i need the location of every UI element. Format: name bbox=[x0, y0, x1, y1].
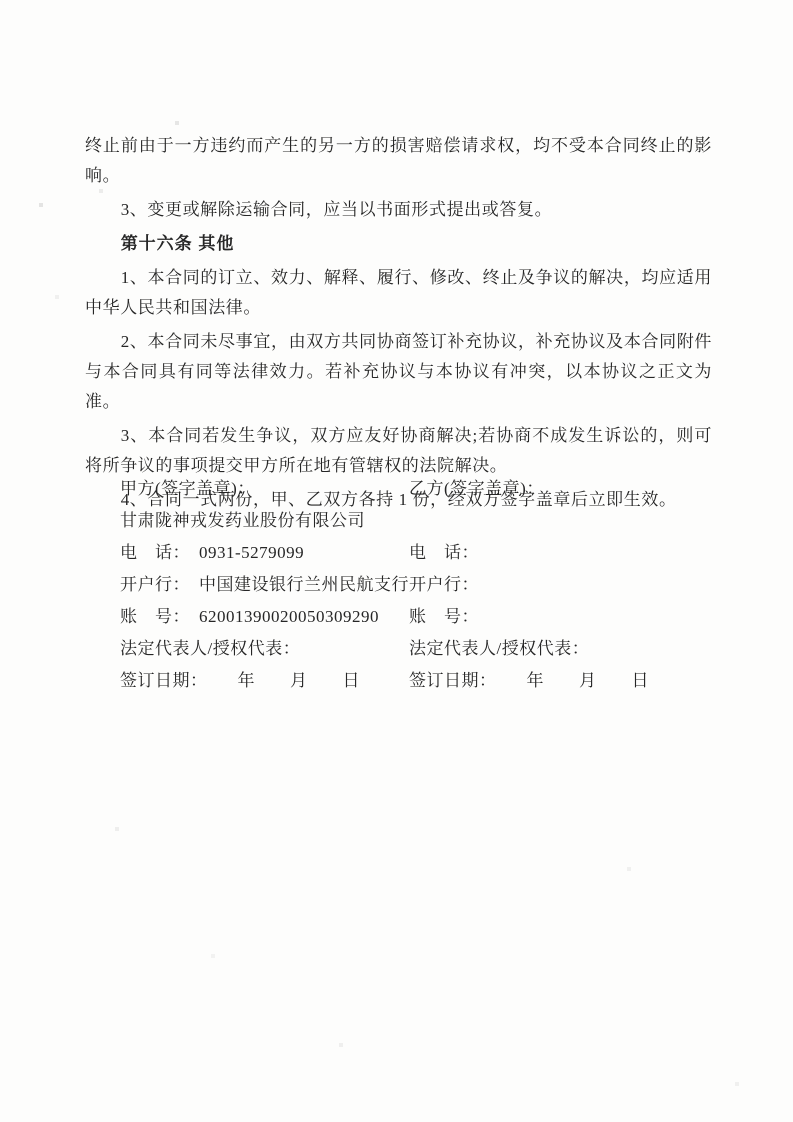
signature-company-row: 甘肃陇神戎发药业股份有限公司 bbox=[120, 502, 720, 534]
contract-clause: 3、变更或解除运输合同，应当以书面形式提出或答复。 bbox=[85, 195, 712, 225]
party-a-phone-label: 电 话： bbox=[120, 543, 190, 562]
signature-account-row: 账 号：62001390020050309290 账 号： bbox=[120, 598, 720, 630]
party-a-account: 账 号：62001390020050309290 bbox=[120, 602, 409, 627]
signature-phone-row: 电 话：0931-5279099 电 话： bbox=[120, 534, 720, 566]
party-b-heading: 乙方(签字盖章)： bbox=[409, 474, 720, 499]
party-b-sign-date-fields: 年 月 日 bbox=[527, 671, 650, 690]
section-heading: 第十六条 其他 bbox=[85, 229, 712, 259]
party-a-company: 甘肃陇神戎发药业股份有限公司 bbox=[120, 506, 409, 531]
party-a-account-label: 账 号： bbox=[120, 607, 190, 626]
party-a-account-value: 62001390020050309290 bbox=[199, 607, 379, 626]
party-a-legal-rep: 法定代表人/授权代表： bbox=[120, 634, 409, 659]
party-a-heading: 甲方(签字盖章)： bbox=[120, 474, 409, 499]
party-b-legal-rep-label: 法定代表人/授权代表： bbox=[409, 639, 589, 658]
party-b-bank: 开户行： bbox=[409, 570, 720, 595]
party-a-legal-rep-label: 法定代表人/授权代表： bbox=[120, 639, 300, 658]
party-a-sign-date: 签订日期：年 月 日 bbox=[120, 666, 409, 691]
party-b-legal-rep: 法定代表人/授权代表： bbox=[409, 634, 720, 659]
contract-body: 终止前由于一方违约而产生的另一方的损害赔偿请求权，均不受本合同终止的影响。 3、… bbox=[85, 131, 712, 519]
party-a-bank: 开户行：中国建设银行兰州民航支行 bbox=[120, 570, 409, 595]
party-a-bank-label: 开户行： bbox=[120, 575, 190, 594]
party-a-sign-date-fields: 年 月 日 bbox=[238, 671, 361, 690]
party-b-account: 账 号： bbox=[409, 602, 720, 627]
signature-heading-row: 甲方(签字盖章)： 乙方(签字盖章)： bbox=[120, 470, 720, 502]
party-a-sign-date-label: 签订日期： bbox=[120, 671, 208, 690]
party-a-phone-value: 0931-5279099 bbox=[199, 543, 304, 562]
signature-date-row: 签订日期：年 月 日 签订日期：年 月 日 bbox=[120, 662, 720, 694]
party-b-sign-date: 签订日期：年 月 日 bbox=[409, 666, 720, 691]
party-b-phone-label: 电 话： bbox=[409, 543, 479, 562]
scan-noise bbox=[0, 0, 2, 2]
party-b-phone: 电 话： bbox=[409, 538, 720, 563]
contract-clause-continuation: 终止前由于一方违约而产生的另一方的损害赔偿请求权，均不受本合同终止的影响。 bbox=[85, 131, 712, 191]
signature-legal-rep-row: 法定代表人/授权代表： 法定代表人/授权代表： bbox=[120, 630, 720, 662]
party-a-phone: 电 话：0931-5279099 bbox=[120, 538, 409, 563]
party-a-bank-value: 中国建设银行兰州民航支行 bbox=[199, 575, 409, 594]
signature-section: 甲方(签字盖章)： 乙方(签字盖章)： 甘肃陇神戎发药业股份有限公司 电 话：0… bbox=[120, 470, 720, 694]
party-b-bank-label: 开户行： bbox=[409, 575, 479, 594]
contract-clause: 1、本合同的订立、效力、解释、履行、修改、终止及争议的解决，均应适用中华人民共和… bbox=[85, 263, 712, 323]
scanned-contract-page: 终止前由于一方违约而产生的另一方的损害赔偿请求权，均不受本合同终止的影响。 3、… bbox=[0, 0, 793, 1122]
party-b-account-label: 账 号： bbox=[409, 607, 479, 626]
contract-clause: 2、本合同未尽事宜，由双方共同协商签订补充协议，补充协议及本合同附件与本合同具有… bbox=[85, 327, 712, 417]
signature-bank-row: 开户行：中国建设银行兰州民航支行 开户行： bbox=[120, 566, 720, 598]
party-b-sign-date-label: 签订日期： bbox=[409, 671, 497, 690]
